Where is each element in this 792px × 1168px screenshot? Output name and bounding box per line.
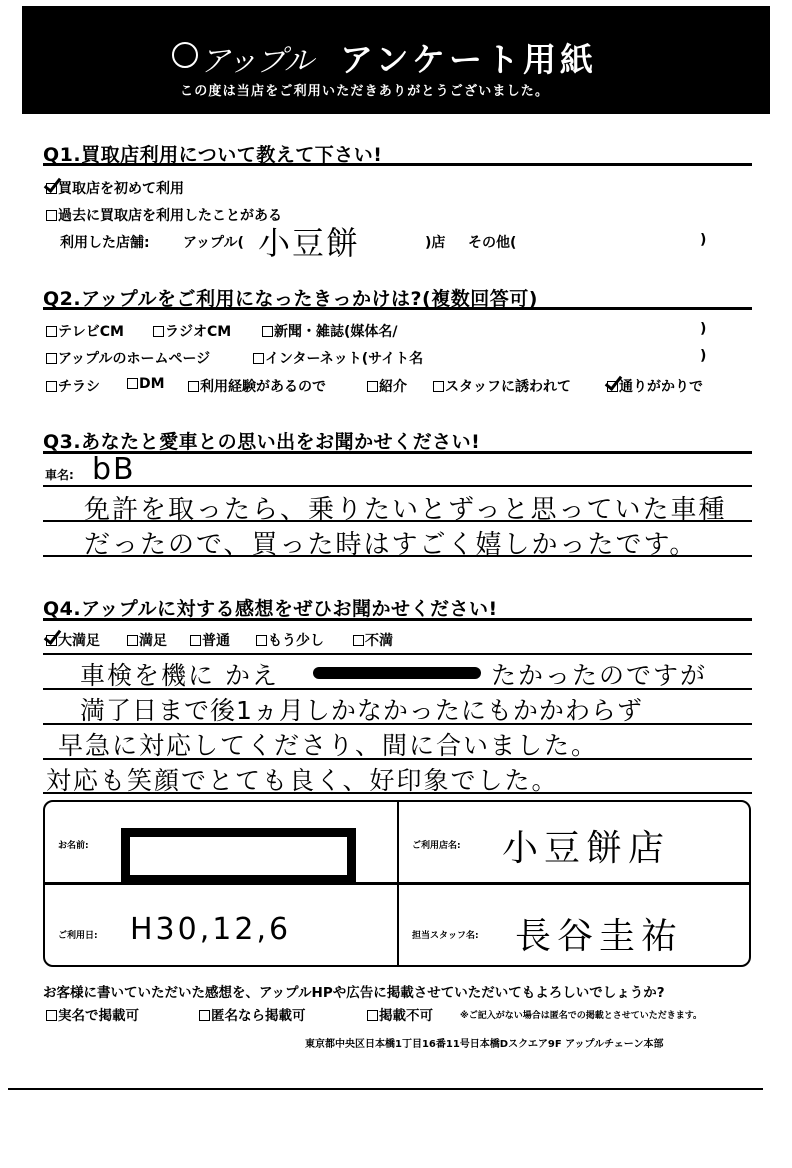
q2-option-homepage[interactable]: アップルのホームページ <box>46 348 210 368</box>
checkbox-icon[interactable] <box>367 381 378 392</box>
q4-line-2 <box>43 688 752 690</box>
q3-line-1 <box>43 485 752 487</box>
q4-line-4 <box>43 758 752 760</box>
q2-option-newspaper[interactable]: 新聞・雑誌(媒体名/ <box>262 321 398 341</box>
q4-option-very-satisfied[interactable]: 大満足 <box>46 630 100 650</box>
footer-address: 東京都中央区日本橋1丁目16番11号日本橋Dスクエア9F アップルチェーン本部 <box>305 1035 664 1050</box>
staff-name-label: 担当スタッフ名: <box>412 928 479 941</box>
checkbox-icon[interactable] <box>256 635 267 646</box>
checkbox-checked-icon[interactable] <box>46 635 57 646</box>
checkbox-icon[interactable] <box>46 1010 57 1021</box>
q3-line-2 <box>43 520 752 522</box>
date-label: ご利用日: <box>58 928 98 941</box>
q4-option-could-be-better[interactable]: もう少し <box>256 630 324 650</box>
consent-option-not-allowed[interactable]: 掲載不可 <box>367 1004 433 1024</box>
q3-underline <box>43 451 752 454</box>
date-value[interactable]: H30,12,6 <box>130 912 291 947</box>
q1-store-value[interactable]: 小豆餅 <box>258 218 360 264</box>
q4-title: Q4.アップルに対する感想をぜひお聞かせください! <box>43 594 498 621</box>
q2-option-passing-by[interactable]: 通りがかりで <box>607 376 703 396</box>
checkbox-checked-icon[interactable] <box>607 381 618 392</box>
q4-option-average[interactable]: 普通 <box>190 630 230 650</box>
q2-option-flyer[interactable]: チラシ <box>46 376 100 396</box>
form-title: アンケート用紙 <box>340 34 597 81</box>
q1-option-used-before[interactable]: 過去に買取店を利用したことがある <box>46 205 282 225</box>
q4-line-5 <box>43 792 752 794</box>
q4-answer-line-3[interactable]: 早急に対応してくださり、間に合いました。 <box>58 726 598 762</box>
checkbox-icon[interactable] <box>262 326 273 337</box>
q2-option-radio-cm[interactable]: ラジオCM <box>153 321 231 341</box>
brand-logo: アップル <box>200 36 313 80</box>
checkbox-icon[interactable] <box>127 635 138 646</box>
consent-option-anonymous[interactable]: 匿名なら掲載可 <box>199 1004 306 1024</box>
checkbox-checked-icon[interactable] <box>46 183 57 194</box>
q4-option-dissatisfied[interactable]: 不満 <box>353 630 393 650</box>
checkbox-icon[interactable] <box>433 381 444 392</box>
q1-other-field[interactable] <box>527 232 697 250</box>
checkbox-icon[interactable] <box>367 1010 378 1021</box>
q1-other-close: ) <box>700 232 706 248</box>
store-name-label: ご利用店名: <box>412 838 461 851</box>
q4-line-3 <box>43 723 752 725</box>
q2-internet-close: ) <box>700 348 706 364</box>
q2-option-staff-invited[interactable]: スタッフに誘われて <box>433 376 571 396</box>
q3-title: Q3.あなたと愛車との思い出をお聞かせください! <box>43 427 480 454</box>
q1-option-first-time[interactable]: 買取店を初めて利用 <box>46 178 184 198</box>
q2-option-internet[interactable]: インターネット(サイト名 <box>253 348 423 368</box>
q1-store-prefix: アップル( <box>183 232 244 252</box>
consent-option-real-name[interactable]: 実名で掲載可 <box>46 1004 139 1024</box>
q2-newspaper-close: ) <box>700 321 706 337</box>
name-label: お名前: <box>58 838 89 851</box>
q4-line-1 <box>43 653 752 655</box>
q3-line-3 <box>43 555 752 557</box>
checkbox-icon[interactable] <box>188 381 199 392</box>
q3-car-value[interactable]: bB <box>92 452 136 487</box>
q4-answer-line-2[interactable]: 満了日まで後1ヵ月しかなかったにもかかわらず <box>80 691 643 727</box>
redacted-scribble <box>313 667 481 679</box>
form-header: アップル アンケート用紙 この度は当店をご利用いただきありがとうございました。 <box>22 6 770 114</box>
checkbox-icon[interactable] <box>46 326 57 337</box>
store-name-value[interactable]: 小豆餅店 <box>502 820 670 871</box>
checkbox-icon[interactable] <box>46 353 57 364</box>
q3-car-label: 車名: <box>45 466 74 483</box>
q4-answer-line-1a[interactable]: 車検を機に かえ <box>80 656 279 692</box>
q1-store-suffix: )店 <box>425 232 445 252</box>
checkbox-icon[interactable] <box>127 378 138 389</box>
checkbox-icon[interactable] <box>46 210 57 221</box>
q1-underline <box>43 163 752 166</box>
name-field-redacted[interactable] <box>121 828 356 884</box>
checkbox-icon[interactable] <box>46 381 57 392</box>
checkbox-icon[interactable] <box>253 353 264 364</box>
staff-name-value[interactable]: 長谷圭祐 <box>515 908 683 959</box>
q4-underline <box>43 618 752 621</box>
checkbox-icon[interactable] <box>199 1010 210 1021</box>
q1-store-used-label: 利用した店舗: <box>60 232 150 252</box>
checkbox-icon[interactable] <box>153 326 164 337</box>
q4-option-satisfied[interactable]: 満足 <box>127 630 167 650</box>
form-subtitle: この度は当店をご利用いただきありがとうございました。 <box>180 80 549 99</box>
q2-option-dm[interactable]: DM <box>127 376 165 392</box>
q2-option-referral[interactable]: 紹介 <box>367 376 407 396</box>
q2-option-experience[interactable]: 利用経験があるので <box>188 376 326 396</box>
consent-note: ※ご記入がない場合は匿名での掲載とさせていただきます。 <box>460 1008 702 1021</box>
consent-question: お客様に書いていただいた感想を、アップルHPや広告に掲載させていただいてもよろし… <box>43 981 665 1001</box>
checkbox-icon[interactable] <box>353 635 364 646</box>
checkbox-icon[interactable] <box>190 635 201 646</box>
page-bottom-rule <box>8 1088 763 1090</box>
q1-other-label: その他( <box>468 232 516 252</box>
q2-option-tv-cm[interactable]: テレビCM <box>46 321 124 341</box>
apple-logo-icon <box>172 42 198 68</box>
q4-answer-line-1b[interactable]: たかったのですが <box>491 656 707 692</box>
q2-underline <box>43 307 752 310</box>
